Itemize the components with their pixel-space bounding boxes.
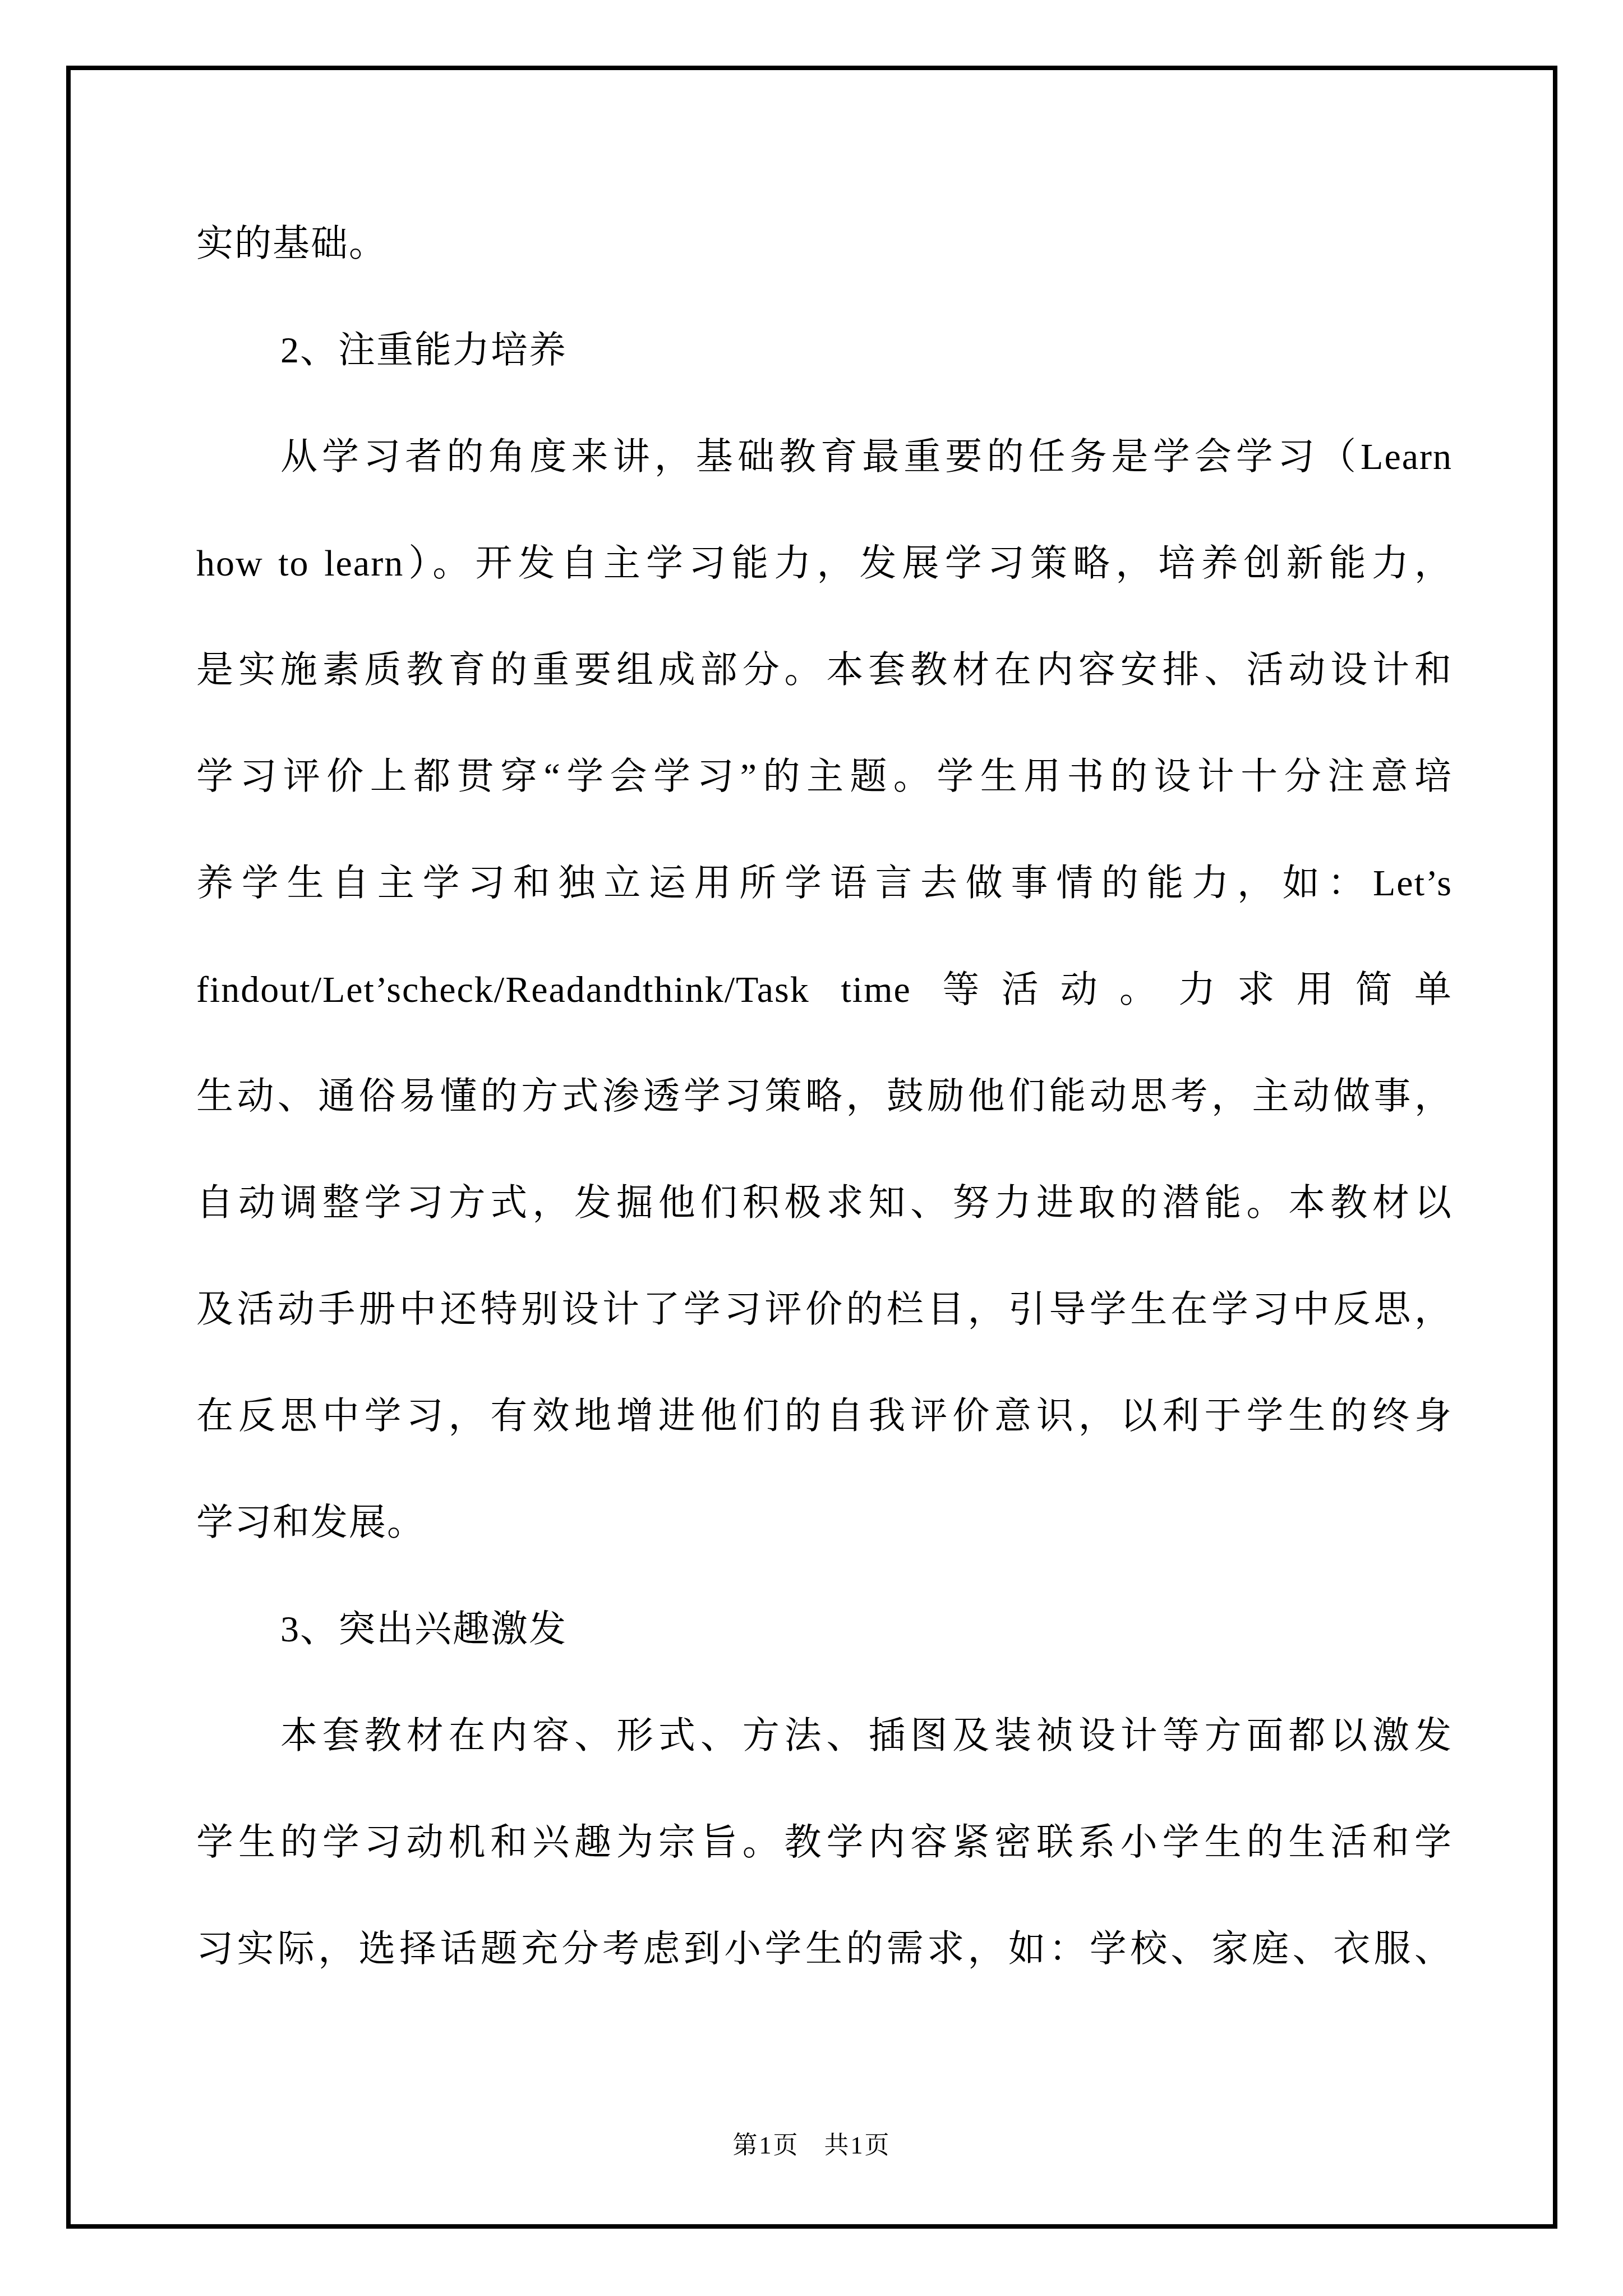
- text-line: 学生的学习动机和兴趣为宗旨。教学内容紧密联系小学生的生活和学: [196, 1789, 1453, 1896]
- text-line: 是实施素质教育的重要组成部分。本套教材在内容安排、活动设计和: [196, 617, 1453, 724]
- text-line: 习实际，选择话题充分考虑到小学生的需求，如：学校、家庭、衣服、: [196, 1896, 1453, 2003]
- text-line: how to learn）。开发自主学习能力，发展学习策略，培养创新能力，: [196, 510, 1453, 617]
- text-line: 在反思中学习，有效地增进他们的自我评价意识，以利于学生的终身: [196, 1363, 1453, 1470]
- text-line: 养学生自主学习和独立运用所学语言去做事情的能力，如：Let’s: [196, 830, 1453, 937]
- text-line: findout/Let’scheck/Readandthink/Task tim…: [196, 937, 1453, 1043]
- text-line: 本套教材在内容、形式、方法、插图及装祯设计等方面都以激发: [196, 1683, 1453, 1789]
- text-line: 及活动手册中还特别设计了学习评价的栏目，引导学生在学习中反思，: [196, 1257, 1453, 1363]
- text-line: 从学习者的角度来讲，基础教育最重要的任务是学会学习（Learn: [196, 404, 1453, 510]
- text-line: 学习评价上都贯穿“学会学习”的主题。学生用书的设计十分注意培: [196, 724, 1453, 830]
- text-line: 自动调整学习方式，发掘他们积极求知、努力进取的潜能。本教材以: [196, 1150, 1453, 1257]
- footer-page-number: 第1页: [733, 2132, 800, 2159]
- text-line: 2、注重能力培养: [196, 297, 1453, 404]
- page-border-frame: 实的基础。2、注重能力培养从学习者的角度来讲，基础教育最重要的任务是学会学习（L…: [66, 66, 1557, 2229]
- text-line: 3、突出兴趣激发: [196, 1576, 1453, 1683]
- text-line: 生动、通俗易懂的方式渗透学习策略，鼓励他们能动思考，主动做事，: [196, 1043, 1453, 1150]
- text-line: 学习和发展。: [196, 1470, 1453, 1576]
- footer-total-pages: 共1页: [824, 2132, 891, 2159]
- document-page: 实的基础。2、注重能力培养从学习者的角度来讲，基础教育最重要的任务是学会学习（L…: [0, 0, 1623, 2296]
- document-body: 实的基础。2、注重能力培养从学习者的角度来讲，基础教育最重要的任务是学会学习（L…: [196, 191, 1453, 2003]
- page-footer: 第1页共1页: [71, 2130, 1553, 2161]
- text-line: 实的基础。: [196, 191, 1453, 297]
